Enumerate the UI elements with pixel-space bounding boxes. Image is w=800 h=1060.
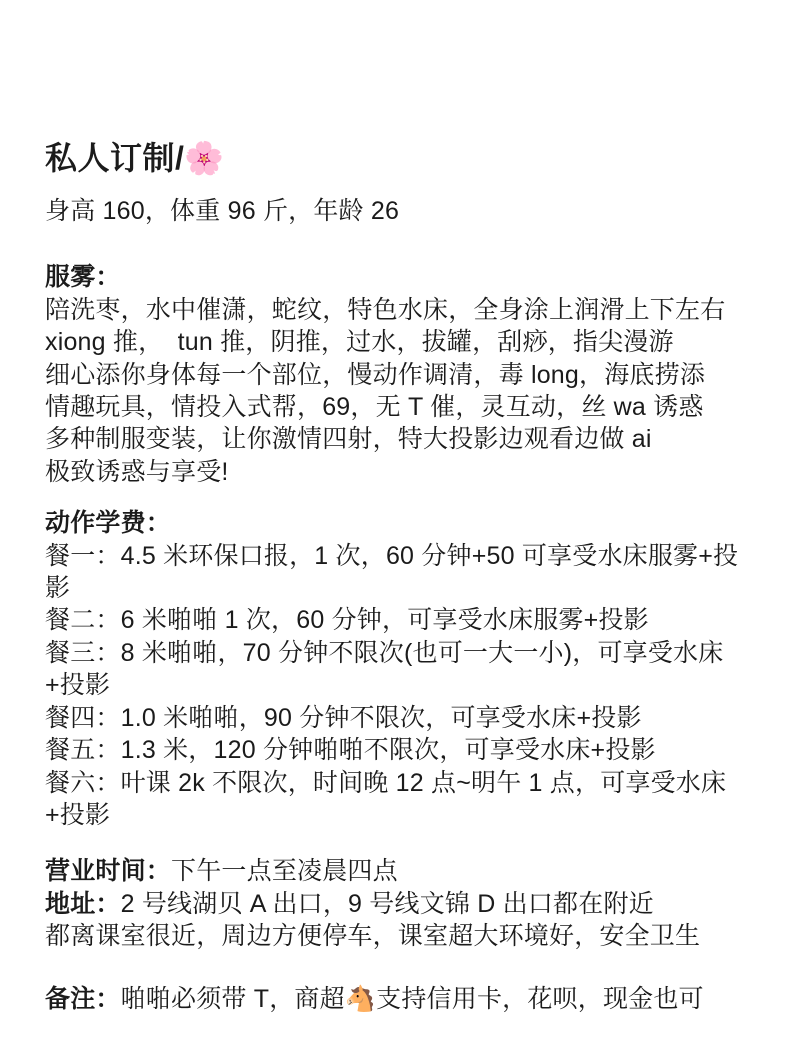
note-value: 啪啪必须带 T，商超🐴支持信用卡，花呗，现金也可 — [121, 985, 704, 1013]
services-line: 情趣玩具，情投入式帮，69，无 T 催，灵互动，丝 wa 诱惑 — [45, 391, 762, 423]
profile-line: 身高 160，体重 96 斤，年龄 26 — [45, 195, 762, 227]
services-line: 多种制服变装，让你激情四射，特大投影边观看边做 ai — [45, 423, 762, 455]
pricing-line: 餐五：1.3 米，120 分钟啪啪不限次，可享受水床+投影 — [45, 734, 762, 766]
services-heading: 服雾： — [45, 261, 762, 293]
business-hours-label: 营业时间： — [45, 857, 171, 885]
address-line: 地址：2 号线湖贝 A 出口，9 号线文锦 D 出口都在附近 — [45, 888, 762, 920]
pricing-heading: 动作学费： — [45, 507, 762, 539]
address-extra-line: 都离课室很近，周边方便停车，课室超大环境好，安全卫生 — [45, 920, 762, 952]
pricing-line: 餐一：4.5 米环保口报，1 次，60 分钟+50 可享受水床服雾+投影 — [45, 540, 762, 605]
business-hours-value: 下午一点至凌晨四点 — [171, 857, 398, 885]
pricing-line: 餐四：1.0 米啪啪，90 分钟不限次，可享受水床+投影 — [45, 702, 762, 734]
note-section: 备注：啪啪必须带 T，商超🐴支持信用卡，花呗，现金也可 — [45, 983, 762, 1015]
note-line: 备注：啪啪必须带 T，商超🐴支持信用卡，花呗，现金也可 — [45, 983, 762, 1015]
address-label: 地址： — [45, 890, 121, 918]
business-hours-line: 营业时间：下午一点至凌晨四点 — [45, 855, 762, 887]
address-value: 2 号线湖贝 A 出口，9 号线文锦 D 出口都在附近 — [121, 890, 654, 918]
services-line: 陪洗枣，水中催潇，蛇纹，特色水床，全身涂上润滑上下左右 — [45, 294, 762, 326]
note-label: 备注： — [45, 985, 121, 1013]
pricing-line: 餐二：6 米啪啪 1 次，60 分钟，可享受水床服雾+投影 — [45, 604, 762, 636]
services-line: 细心添你身体每一个部位，慢动作调清，毒 long，海底捞添 — [45, 359, 762, 391]
services-section: 服雾： 陪洗枣，水中催潇，蛇纹，特色水床，全身涂上润滑上下左右 xiong 推，… — [45, 261, 762, 488]
services-line: 极致诱惑与享受! — [45, 456, 762, 488]
pricing-section: 动作学费： 餐一：4.5 米环保口报，1 次，60 分钟+50 可享受水床服雾+… — [45, 507, 762, 831]
services-line: xiong 推， tun 推，阴推，过水，拔罐，刮痧，指尖漫游 — [45, 326, 762, 358]
page-title: 私人订制/🌸 — [45, 138, 762, 178]
flyer-page: 私人订制/🌸 身高 160，体重 96 斤，年龄 26 服雾： 陪洗枣，水中催潇… — [0, 0, 800, 1060]
pricing-line: 餐三：8 米啪啪，70 分钟不限次(也可一大一小)，可享受水床+投影 — [45, 637, 762, 702]
pricing-line: 餐六：叶课 2k 不限次，时间晚 12 点~明午 1 点，可享受水床+投影 — [45, 767, 762, 832]
info-section: 营业时间：下午一点至凌晨四点 地址：2 号线湖贝 A 出口，9 号线文锦 D 出… — [45, 855, 762, 952]
